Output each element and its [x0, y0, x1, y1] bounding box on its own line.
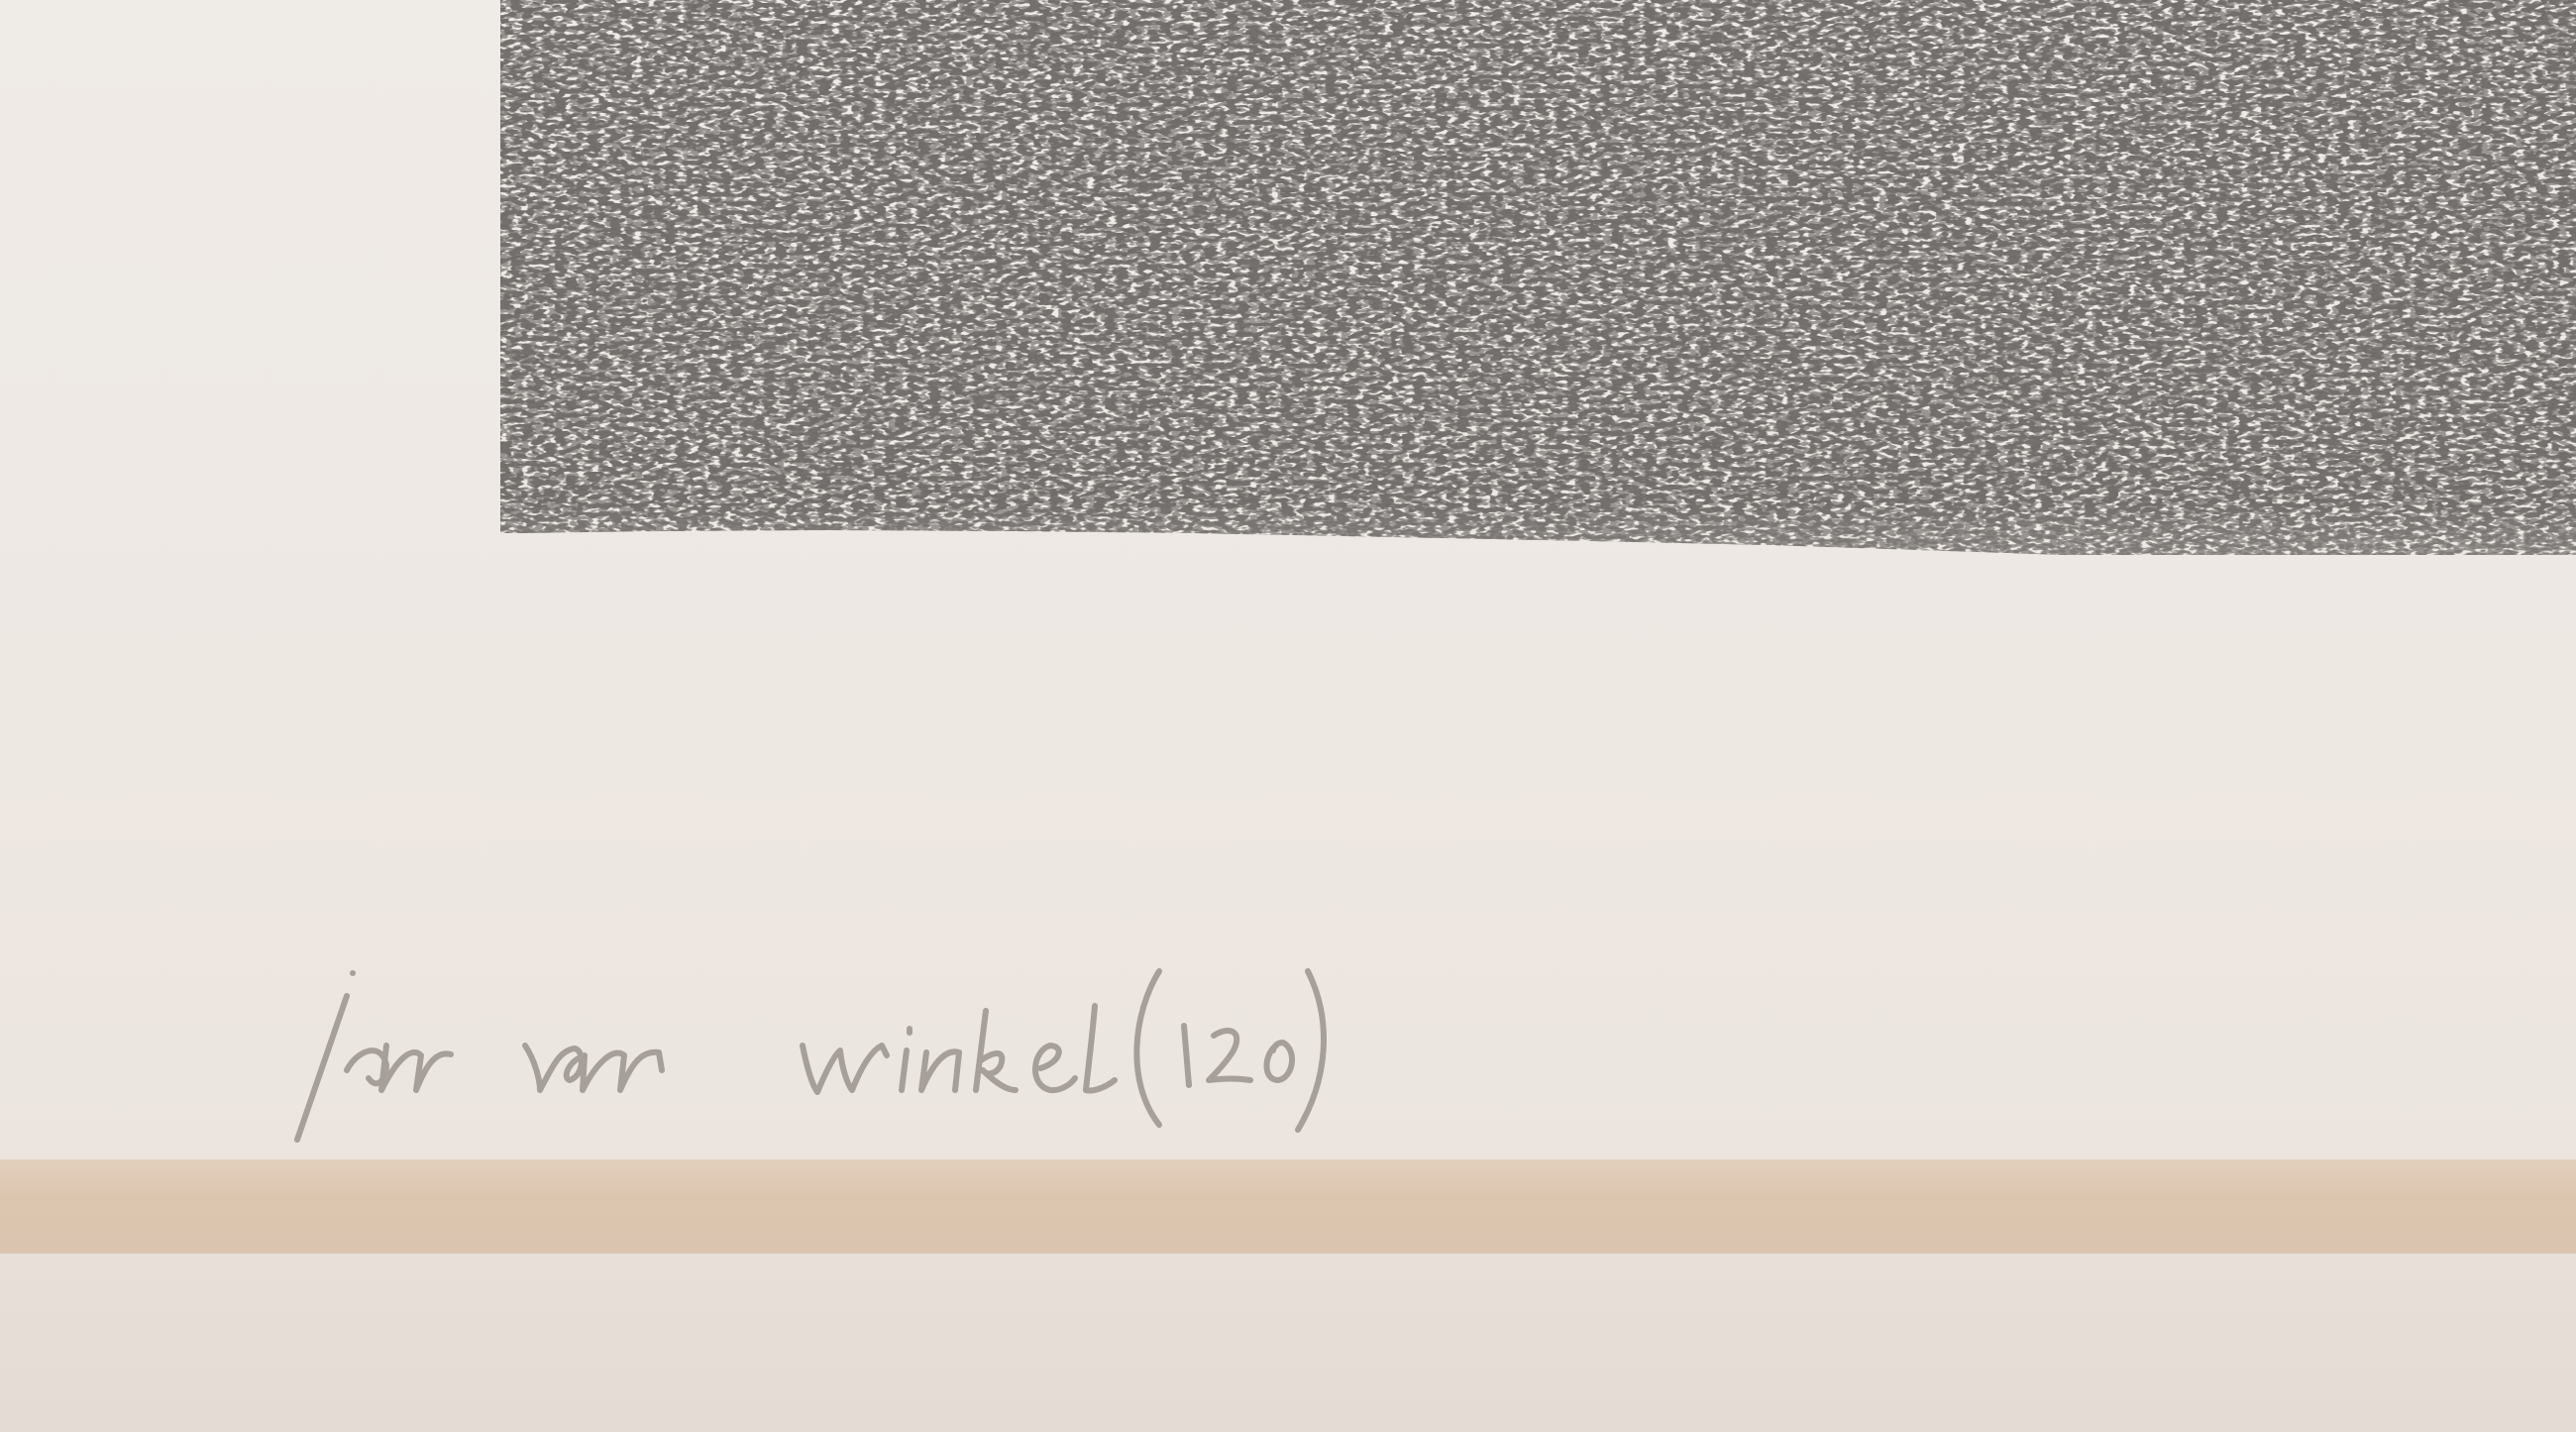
- pencil-signature: jan van winkel (120): [287, 951, 2130, 1150]
- mat-frame-lower: [0, 1254, 2576, 1432]
- mat-frame-edge: [0, 1159, 2576, 1254]
- print-paper: jan van winkel (120): [0, 0, 2576, 1164]
- etching-stipple-texture: [500, 0, 2576, 555]
